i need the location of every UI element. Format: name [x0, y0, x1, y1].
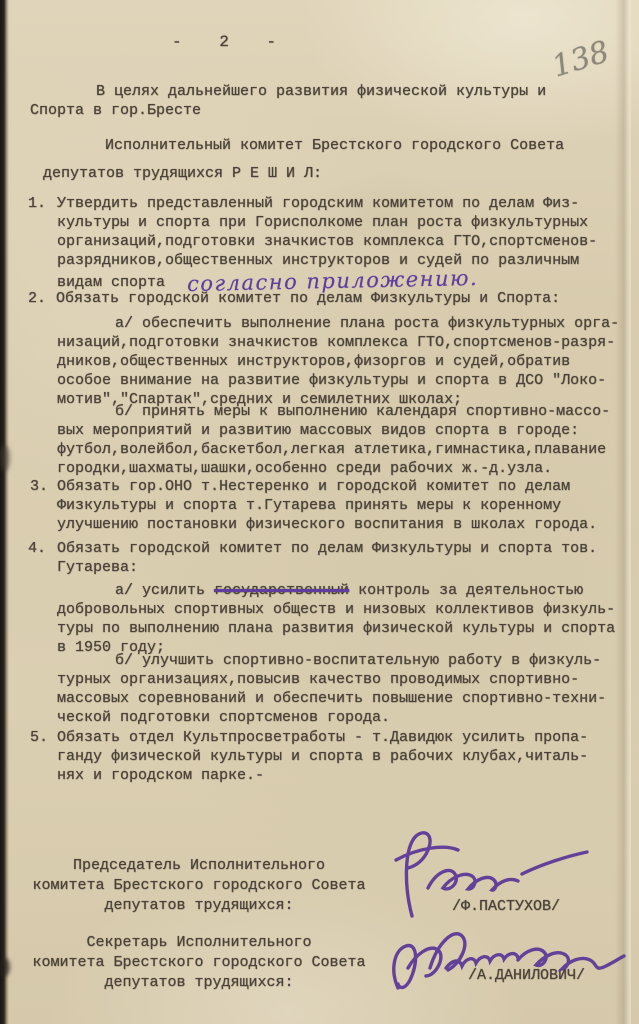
item-3-number: 3.	[30, 477, 60, 496]
item-2b-text: б/ принять меры к выполнению календаря с…	[57, 402, 632, 478]
item-5-number: 5.	[30, 728, 60, 747]
item-4a-prefix: а/ усилить	[115, 582, 214, 599]
item-3-text: Обязать гор.ОНО т.Нестеренко и городской…	[57, 477, 632, 534]
item-1-number: 1.	[28, 194, 58, 213]
item-2-number: 2.	[28, 289, 58, 308]
paper-smudge	[0, 445, 10, 471]
page-number: - 2 -	[172, 33, 290, 52]
item-1-text: Утвердить представленный городским комит…	[57, 194, 632, 270]
secretary-title: Секретарь Исполнительного комитета Брест…	[18, 933, 380, 993]
item-4-number: 4.	[28, 539, 58, 558]
secretary-typed-name: /А.ДАНИЛОВИЧ/	[468, 966, 585, 985]
item-2-heading: Обязать городской комитет по делам Физку…	[56, 289, 631, 308]
item-4a-suffix: контроль за деятельностью	[349, 582, 583, 599]
struck-word: государственный	[214, 582, 349, 599]
paper-smudge-bottom	[0, 958, 10, 976]
chairman-typed-name: /Ф.ПАСТУХОВ/	[452, 897, 560, 916]
scan-edge-left	[0, 0, 9, 1024]
intro-resolution-paragraph: Исполнительный комитет Брестского городс…	[43, 132, 603, 188]
chairman-title: Председатель Исполнительного комитета Бр…	[18, 856, 380, 916]
intro-purpose-paragraph: В целях дальнейшего развития физической …	[30, 82, 590, 120]
item-2a-text: а/ обеспечить выполнение плана роста физ…	[57, 314, 632, 409]
item-4b-text: б/ улучшить спортивно-воспитательную раб…	[57, 651, 632, 727]
item-5-text: Обязать отдел Культпросветработы - т.Дав…	[57, 728, 632, 785]
item-4a-first-line: а/ усилить государственный контроль за д…	[115, 581, 635, 600]
item-4a-text: добровольных спортивных обществ и низовы…	[57, 600, 632, 657]
item-4-heading: Обязать городской комитет по делам Физку…	[57, 539, 632, 577]
